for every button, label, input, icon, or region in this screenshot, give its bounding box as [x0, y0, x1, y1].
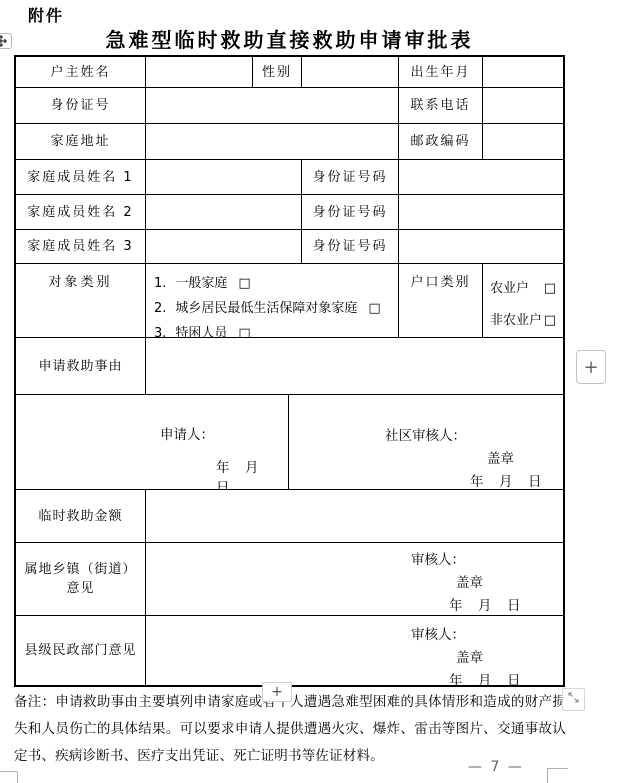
option-number: 1.: [154, 276, 166, 291]
township-review-area[interactable]: 审核人： 盖章 年 月 日: [146, 543, 563, 616]
label-township-opinion: 属地乡镇（街道） 意见: [16, 543, 146, 616]
option-text: 一般家庭: [175, 276, 227, 291]
community-date: 年 月 日: [289, 471, 563, 490]
table-move-handle[interactable]: [0, 33, 12, 49]
category-option-lowincome[interactable]: 2.城乡居民最低生活保障对象家庭□: [154, 296, 398, 321]
label-relief-amount: 临时救助金额: [16, 490, 146, 543]
field-gender[interactable]: [302, 57, 399, 88]
township-seal-label: 盖章: [146, 572, 563, 595]
label-hukou-category: 户口类别: [399, 264, 483, 338]
field-phone[interactable]: [483, 88, 563, 124]
field-member1-id[interactable]: [399, 160, 563, 195]
resize-arrows-icon: [566, 690, 581, 709]
field-relief-reason[interactable]: [146, 338, 563, 395]
county-reviewer-label: 审核人：: [146, 624, 563, 647]
attachment-label: 附件: [28, 3, 64, 26]
move-icon: [0, 32, 7, 51]
approval-form-table: 户主姓名 性别 出生年月 身份证号 联系电话 家庭地址 邮政编码 家庭成员姓名 …: [14, 55, 565, 687]
checkbox-agricultural[interactable]: □: [544, 273, 556, 305]
hukou-option-nonagricultural[interactable]: 非农业户□: [490, 305, 556, 337]
insert-plus-button[interactable]: +: [262, 682, 292, 702]
hukou-options: 农业户□ 非农业户□: [483, 264, 563, 338]
document-page: 附件 急难型临时救助直接救助申请审批表 户主姓名 性别 出生年月 身份证号 联系…: [0, 0, 620, 783]
label-postal-code: 邮政编码: [399, 124, 483, 160]
checkbox-destitute[interactable]: □: [238, 326, 250, 338]
applicant-label: 申请人：: [16, 425, 288, 445]
label-member3-name: 家庭成员姓名 3: [16, 230, 146, 264]
applicant-date: 年 月 日: [16, 458, 288, 490]
label-member1-name: 家庭成员姓名 1: [16, 160, 146, 195]
county-date: 年 月 日: [146, 670, 563, 685]
label-member2-id: 身份证号码: [302, 195, 399, 230]
option-text: 城乡居民最低生活保障对象家庭: [175, 301, 357, 316]
option-text: 特困人员: [175, 326, 227, 338]
community-seal-label: 盖章: [289, 448, 563, 471]
hukou-option-agricultural[interactable]: 农业户□: [490, 273, 556, 305]
label-householder-name: 户主姓名: [16, 57, 146, 88]
field-member1-name[interactable]: [146, 160, 302, 195]
option-text: 农业户: [490, 273, 529, 305]
option-text: 非农业户: [490, 305, 542, 337]
township-date: 年 月 日: [146, 595, 563, 616]
field-householder-name[interactable]: [146, 57, 253, 88]
checkbox-general-family[interactable]: □: [238, 276, 250, 291]
county-review-area[interactable]: 审核人： 盖章 年 月 日: [146, 616, 563, 685]
field-birth-date[interactable]: [483, 57, 563, 88]
label-phone: 联系电话: [399, 88, 483, 124]
label-id-number: 身份证号: [16, 88, 146, 124]
insert-row-button[interactable]: +: [576, 350, 606, 384]
checkbox-lowincome-family[interactable]: □: [368, 301, 380, 316]
page-number: — 7 —: [468, 759, 524, 775]
county-seal-label: 盖章: [146, 647, 563, 670]
checkbox-nonagricultural[interactable]: □: [544, 305, 556, 337]
applicant-signature-area[interactable]: 申请人： 年 月 日: [16, 395, 289, 490]
field-member2-name[interactable]: [146, 195, 302, 230]
field-relief-amount[interactable]: [146, 490, 563, 543]
category-option-general[interactable]: 1.一般家庭□: [154, 271, 398, 296]
form-title: 急难型临时救助直接救助申请审批表: [14, 24, 565, 53]
label-member1-id: 身份证号码: [302, 160, 399, 195]
label-county-opinion: 县级民政部门意见: [16, 616, 146, 685]
label-relief-reason: 申请救助事由: [16, 338, 146, 395]
field-member3-name[interactable]: [146, 230, 302, 264]
category-options: 1.一般家庭□ 2.城乡居民最低生活保障对象家庭□ 3.特困人员□: [146, 264, 399, 338]
label-member2-name: 家庭成员姓名 2: [16, 195, 146, 230]
table-resize-handle[interactable]: [562, 688, 585, 711]
margin-corner-mark: [547, 768, 548, 783]
category-option-destitute[interactable]: 3.特困人员□: [154, 321, 398, 338]
label-gender: 性别: [253, 57, 302, 88]
field-member3-id[interactable]: [399, 230, 563, 264]
option-number: 2.: [154, 301, 166, 316]
field-member2-id[interactable]: [399, 195, 563, 230]
label-birth-date: 出生年月: [399, 57, 483, 88]
township-reviewer-label: 审核人：: [146, 549, 563, 572]
label-home-address: 家庭地址: [16, 124, 146, 160]
field-postal-code[interactable]: [483, 124, 563, 160]
option-number: 3.: [154, 326, 166, 338]
bottom-left-ui-fragment: [0, 771, 18, 783]
field-id-number[interactable]: [146, 88, 399, 124]
field-home-address[interactable]: [146, 124, 399, 160]
community-reviewer-label: 社区审核人：: [289, 425, 563, 448]
community-review-area[interactable]: 社区审核人： 盖章 年 月 日: [289, 395, 563, 490]
margin-corner-mark: [547, 768, 568, 769]
label-target-category: 对象类别: [16, 264, 146, 338]
label-member3-id: 身份证号码: [302, 230, 399, 264]
